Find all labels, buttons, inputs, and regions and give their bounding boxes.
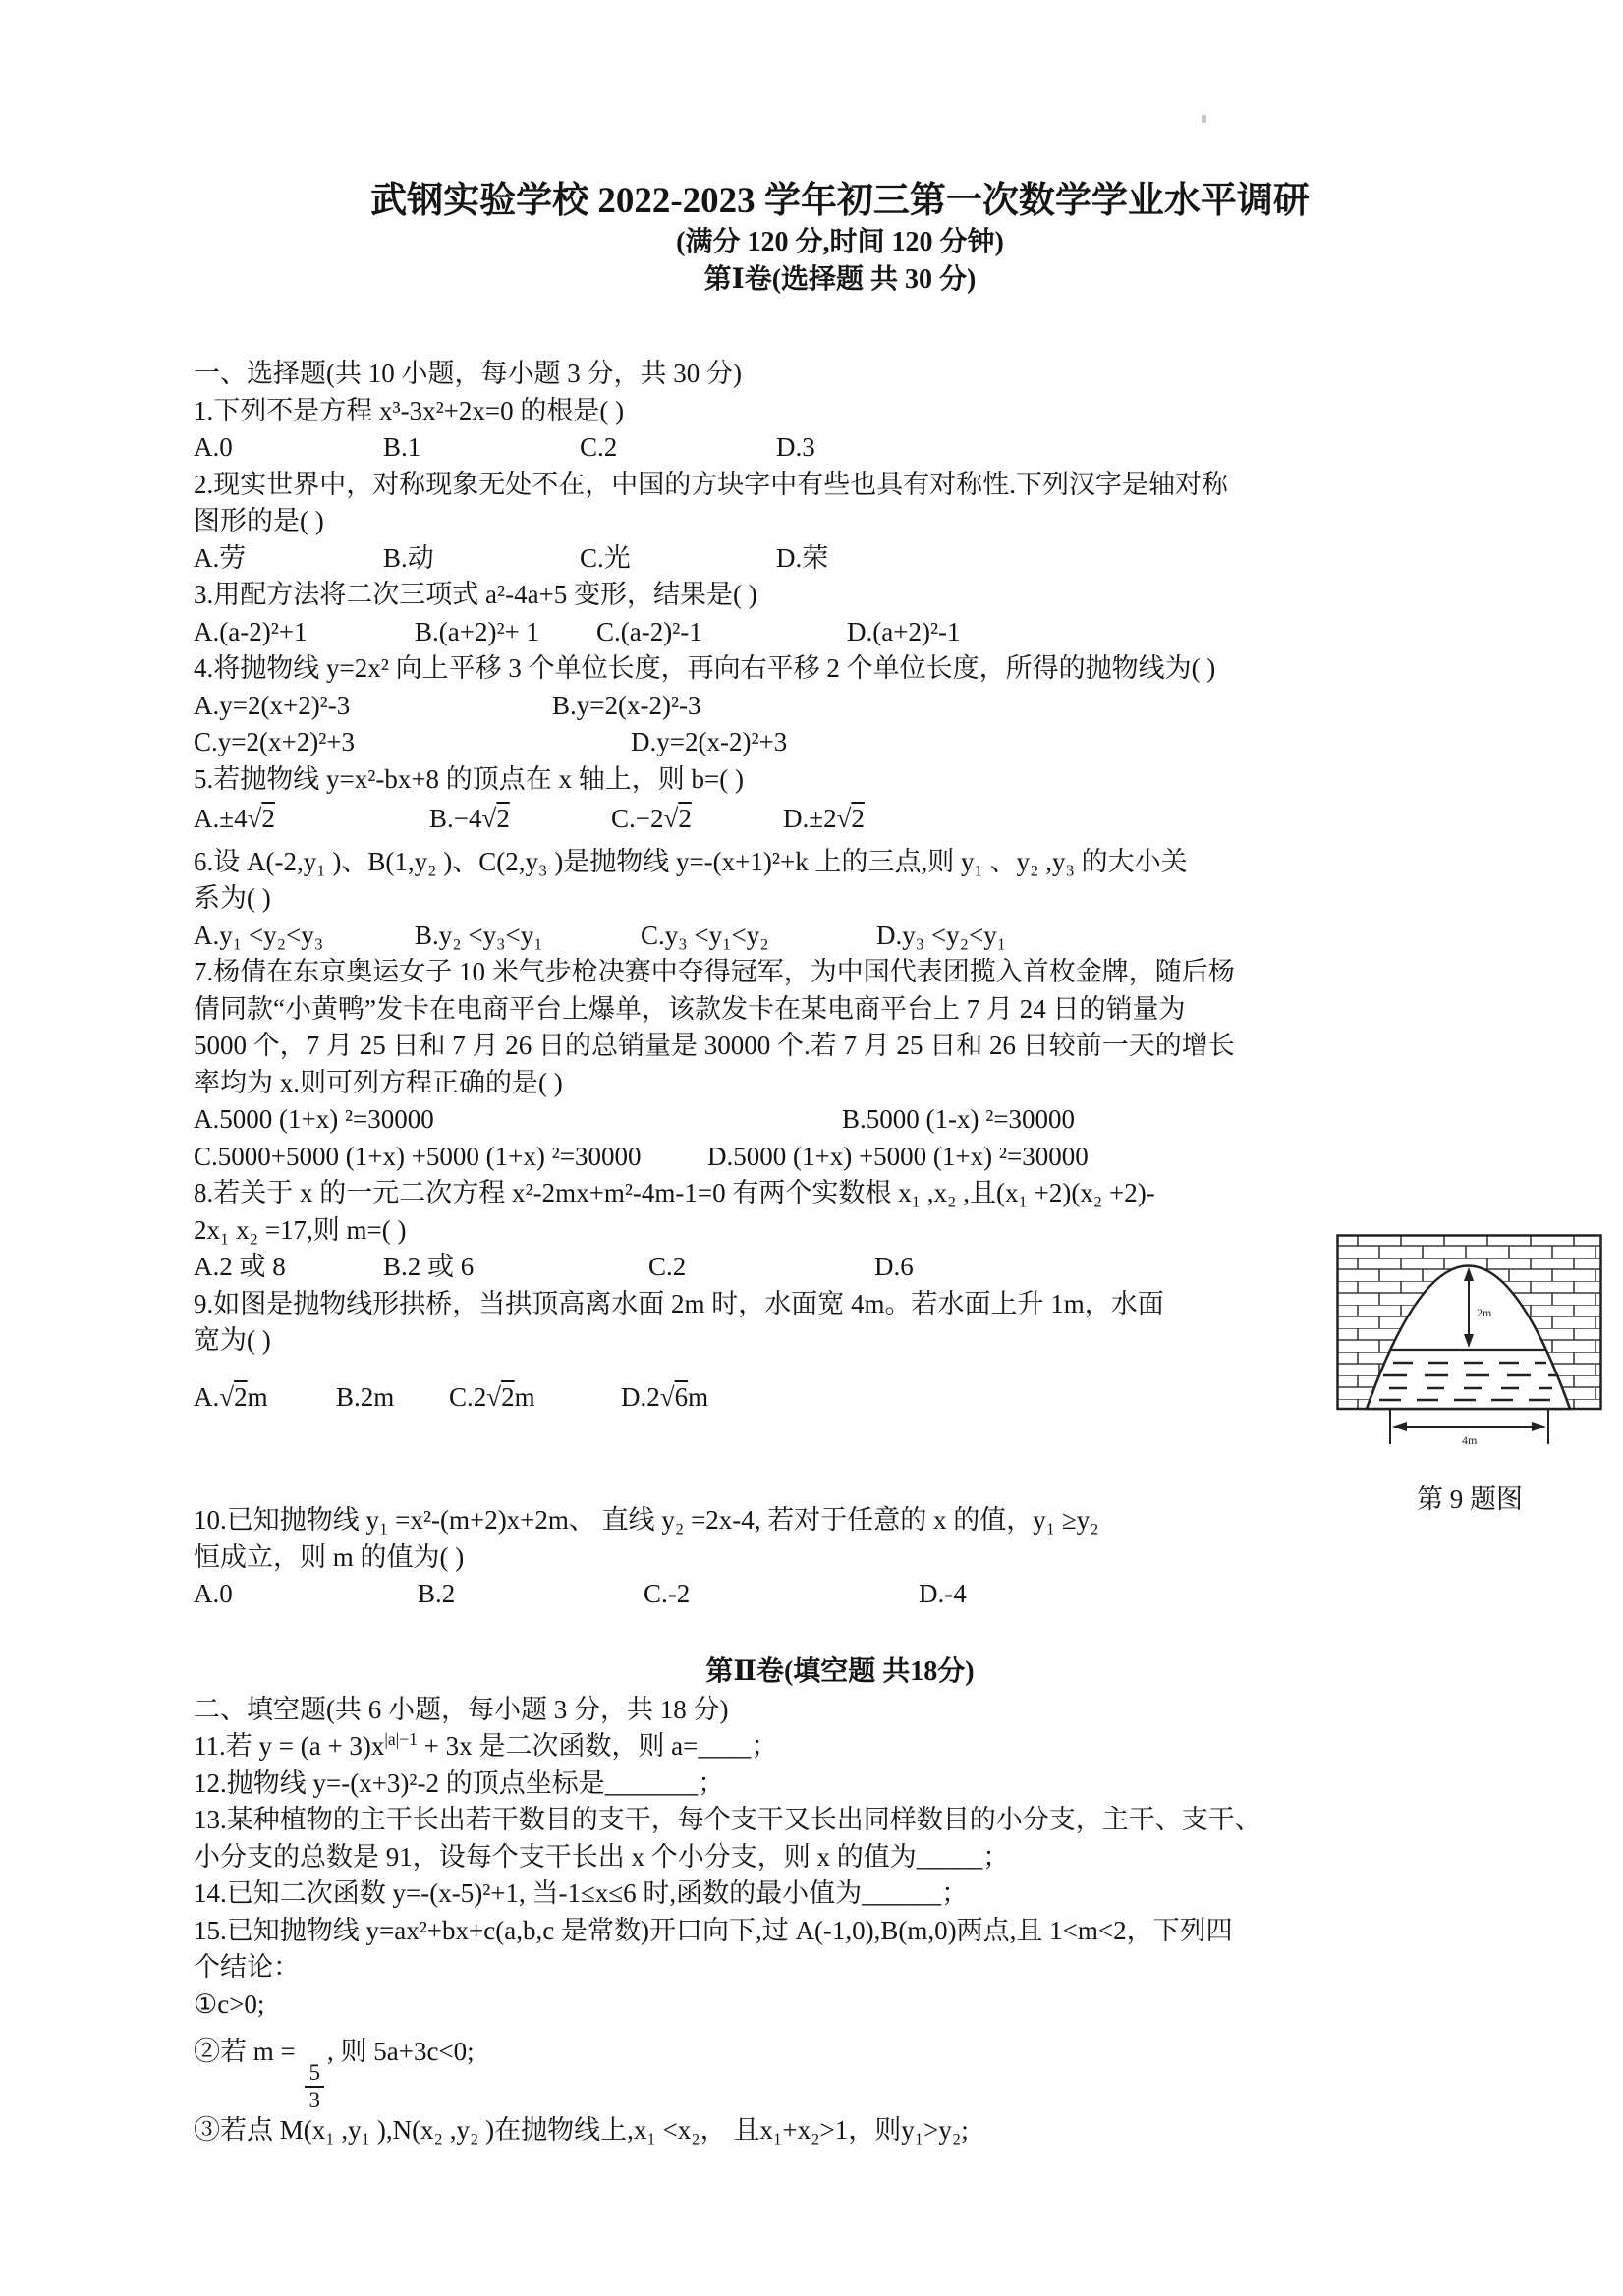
q7-options-ab: A.5000 (1+x) ²=30000B.5000 (1-x) ²=30000 (194, 1101, 1486, 1139)
q8-option-c: C.2 (648, 1249, 874, 1286)
q6-stem-line1: 6.设 A(-2,y₁ )、B(1,y₂ )、C(2,y₃ )是抛物线 y=-(… (194, 844, 1486, 881)
q8-option-d: D.6 (874, 1249, 914, 1286)
q2-option-b: B.动 (383, 540, 580, 578)
section2-intro: 二、填空题(共 6 小题，每小题 3 分，共 18 分) (194, 1692, 1486, 1729)
q15-stem-line1: 15.已知抛物线 y=ax²+bx+c(a,b,c 是常数)开口向下,过 A(-… (194, 1913, 1486, 1950)
exam-content: 武钢实验学校 2022-2023 学年初三第一次数学学业水平调研 (满分 120… (194, 179, 1486, 2149)
q7-option-c: C.5000+5000 (1+x) +5000 (1+x) ²=30000 (194, 1139, 707, 1176)
q9-options: A.√2mB.2mC.2√2mD.2√6m (194, 1379, 1486, 1417)
q2-options: A.劳B.动C.光D.荣 (194, 540, 1486, 578)
q8-stem-line2: 2x₁ x₂ =17,则 m=( ) (194, 1212, 1486, 1250)
part1-header: 第Ⅰ卷(选择题 共 30 分) (194, 261, 1486, 299)
q2-option-d: D.荣 (776, 540, 828, 578)
q11-stem: 11.若 y = (a + 3)x|a|−1 + 3x 是二次函数，则 a=__… (194, 1728, 1486, 1765)
q9-stem-line2: 宽为( ) (194, 1322, 1486, 1360)
q7-options-cd: C.5000+5000 (1+x) +5000 (1+x) ²=30000D.5… (194, 1139, 1486, 1176)
q15-conclusion-3: ③若点 M(x₁ ,y₁ ),N(x₂ ,y₂ )在抛物线上,x₁ <x₂， 且… (194, 2112, 1486, 2150)
q5-options: A.±4√2B.−4√2C.−2√2D.±2√2 (194, 801, 1486, 838)
q8-stem-line1: 8.若关于 x 的一元二次方程 x²-2mx+m²-4m-1=0 有两个实数根 … (194, 1175, 1486, 1212)
q7-option-b: B.5000 (1-x) ²=30000 (842, 1101, 1075, 1139)
q3-option-a: A.(a-2)²+1 (194, 614, 415, 651)
q10-options: A.0B.2C.-2D.-4 (194, 1576, 1486, 1613)
q10-option-b: B.2 (418, 1576, 644, 1613)
q3-option-b: B.(a+2)²+ 1 (415, 614, 596, 651)
q10-option-a: A.0 (194, 1576, 418, 1613)
figure-q9-caption: 第 9 题图 (1336, 1483, 1603, 1516)
q2-stem-line1: 2.现实世界中，对称现象无处不在，中国的方块字中有些也具有对称性.下列汉字是轴对… (194, 467, 1486, 504)
q7-option-d: D.5000 (1+x) +5000 (1+x) ²=30000 (707, 1139, 1089, 1176)
figure-q9: 2m 4m 第 9 题图 (1336, 1234, 1603, 1516)
score-time-subtitle: (满分 120 分,时间 120 分钟) (194, 224, 1486, 261)
q6-options: A.y₁ <y₂<y₃B.y₂ <y₃<y₁C.y₃ <y₁<y₂D.y₃ <y… (194, 918, 1486, 955)
q3-stem: 3.用配方法将二次三项式 a²-4a+5 变形，结果是( ) (194, 577, 1486, 614)
q7-option-a: A.5000 (1+x) ²=30000 (194, 1101, 842, 1139)
q9-option-b: B.2m (336, 1379, 449, 1417)
q8-options: A.2 或 8B.2 或 6C.2D.6 (194, 1249, 1486, 1286)
q9-option-c: C.2√2m (449, 1379, 621, 1417)
q8-option-a: A.2 或 8 (194, 1249, 383, 1286)
q2-option-a: A.劳 (194, 540, 383, 578)
q10-option-c: C.-2 (644, 1576, 919, 1613)
q1-option-c: C.2 (580, 429, 776, 467)
q7-stem-line3: 5000 个，7 月 25 日和 7 月 26 日的总销量是 30000 个.若… (194, 1028, 1486, 1065)
q5-option-b: B.−4√2 (429, 801, 611, 838)
q5-option-a: A.±4√2 (194, 801, 429, 838)
q4-stem: 4.将抛物线 y=2x² 向上平移 3 个单位长度，再向右平移 2 个单位长度，… (194, 650, 1486, 688)
q3-options: A.(a-2)²+1B.(a+2)²+ 1C.(a-2)²-1D.(a+2)²-… (194, 614, 1486, 651)
exam-paper-page: 武钢实验学校 2022-2023 学年初三第一次数学学业水平调研 (满分 120… (0, 0, 1623, 2296)
q10-stem-line2: 恒成立，则 m 的值为( ) (194, 1540, 1486, 1577)
q9-option-a: A.√2m (194, 1379, 336, 1417)
q5-option-c: C.−2√2 (611, 801, 783, 838)
part2-header: 第Ⅱ卷(填空题 共18分) (194, 1652, 1486, 1692)
q10-stem-line1: 10.已知抛物线 y₁ =x²-(m+2)x+2m、 直线 y₂ =2x-4, … (194, 1502, 1486, 1540)
q1-option-a: A.0 (194, 429, 383, 467)
q13-stem-line2: 小分支的总数是 91，设每个支干长出 x 个小分支，则 x 的值为_____； (194, 1839, 1486, 1876)
q4-option-b: B.y=2(x-2)²-3 (552, 688, 701, 725)
width-label: 4m (1462, 1433, 1478, 1447)
arch-bridge-figure: 2m 4m (1336, 1234, 1603, 1450)
scan-artifact-dot (1202, 115, 1206, 123)
q9-option-d: D.2√6m (621, 1379, 708, 1417)
q7-stem-line4: 率均为 x.则可列方程正确的是( ) (194, 1065, 1486, 1102)
section1-intro: 一、选择题(共 10 小题，每小题 3 分，共 30 分) (194, 356, 1486, 393)
q1-options: A.0B.1C.2D.3 (194, 429, 1486, 467)
q14-stem: 14.已知二次函数 y=-(x-5)²+1, 当-1≤x≤6 时,函数的最小值为… (194, 1876, 1486, 1913)
height-label: 2m (1477, 1306, 1492, 1319)
q6-stem-line2: 系为( ) (194, 880, 1486, 918)
q1-option-d: D.3 (776, 429, 815, 467)
q8-option-b: B.2 或 6 (383, 1249, 648, 1286)
q4-option-d: D.y=2(x-2)²+3 (631, 724, 787, 761)
q4-options-cd: C.y=2(x+2)²+3D.y=2(x-2)²+3 (194, 724, 1486, 761)
q9-stem-line1: 9.如图是抛物线形拱桥，当拱顶高离水面 2m 时，水面宽 4m。若水面上升 1m… (194, 1286, 1486, 1323)
q1-stem: 1.下列不是方程 x³-3x²+2x=0 的根是( ) (194, 393, 1486, 430)
q13-stem-line1: 13.某种植物的主干长出若干数目的支干，每个支干又长出同样数目的小分支，主干、支… (194, 1802, 1486, 1839)
q4-options-ab: A.y=2(x+2)²-3B.y=2(x-2)²-3 (194, 688, 1486, 725)
q4-option-c: C.y=2(x+2)²+3 (194, 724, 631, 761)
q15-conclusion-2: ②若 m = 53, 则 5a+3c<0; (194, 2023, 1486, 2112)
q2-stem-line2: 图形的是( ) (194, 503, 1486, 540)
q10-option-d: D.-4 (919, 1576, 967, 1613)
q6-option-d: D.y₃ <y₂<y₁ (876, 918, 1006, 955)
q15-stem-line2: 个结论： (194, 1949, 1486, 1987)
q7-stem-line2: 倩同款“小黄鸭”发卡在电商平台上爆单，该款发卡在某电商平台上 7 月 24 日的… (194, 991, 1486, 1029)
q1-option-b: B.1 (383, 429, 580, 467)
q12-stem: 12.抛物线 y=-(x+3)²-2 的顶点坐标是_______； (194, 1765, 1486, 1803)
q7-stem-line1: 7.杨倩在东京奥运女子 10 米气步枪决赛中夺得冠军，为中国代表团揽入首枚金牌，… (194, 954, 1486, 991)
q15-conclusion-1: ①c>0; (194, 1987, 1486, 2024)
q2-option-c: C.光 (580, 540, 776, 578)
q3-option-c: C.(a-2)²-1 (596, 614, 847, 651)
page-title: 武钢实验学校 2022-2023 学年初三第一次数学学业水平调研 (194, 179, 1486, 224)
q4-option-a: A.y=2(x+2)²-3 (194, 688, 552, 725)
q5-stem: 5.若抛物线 y=x²-bx+8 的顶点在 x 轴上，则 b=( ) (194, 761, 1486, 799)
q6-option-a: A.y₁ <y₂<y₃ (194, 918, 415, 955)
q6-option-c: C.y₃ <y₁<y₂ (641, 918, 876, 955)
q5-option-d: D.±2√2 (783, 801, 865, 838)
q6-option-b: B.y₂ <y₃<y₁ (415, 918, 641, 955)
q3-option-d: D.(a+2)²-1 (847, 614, 961, 651)
